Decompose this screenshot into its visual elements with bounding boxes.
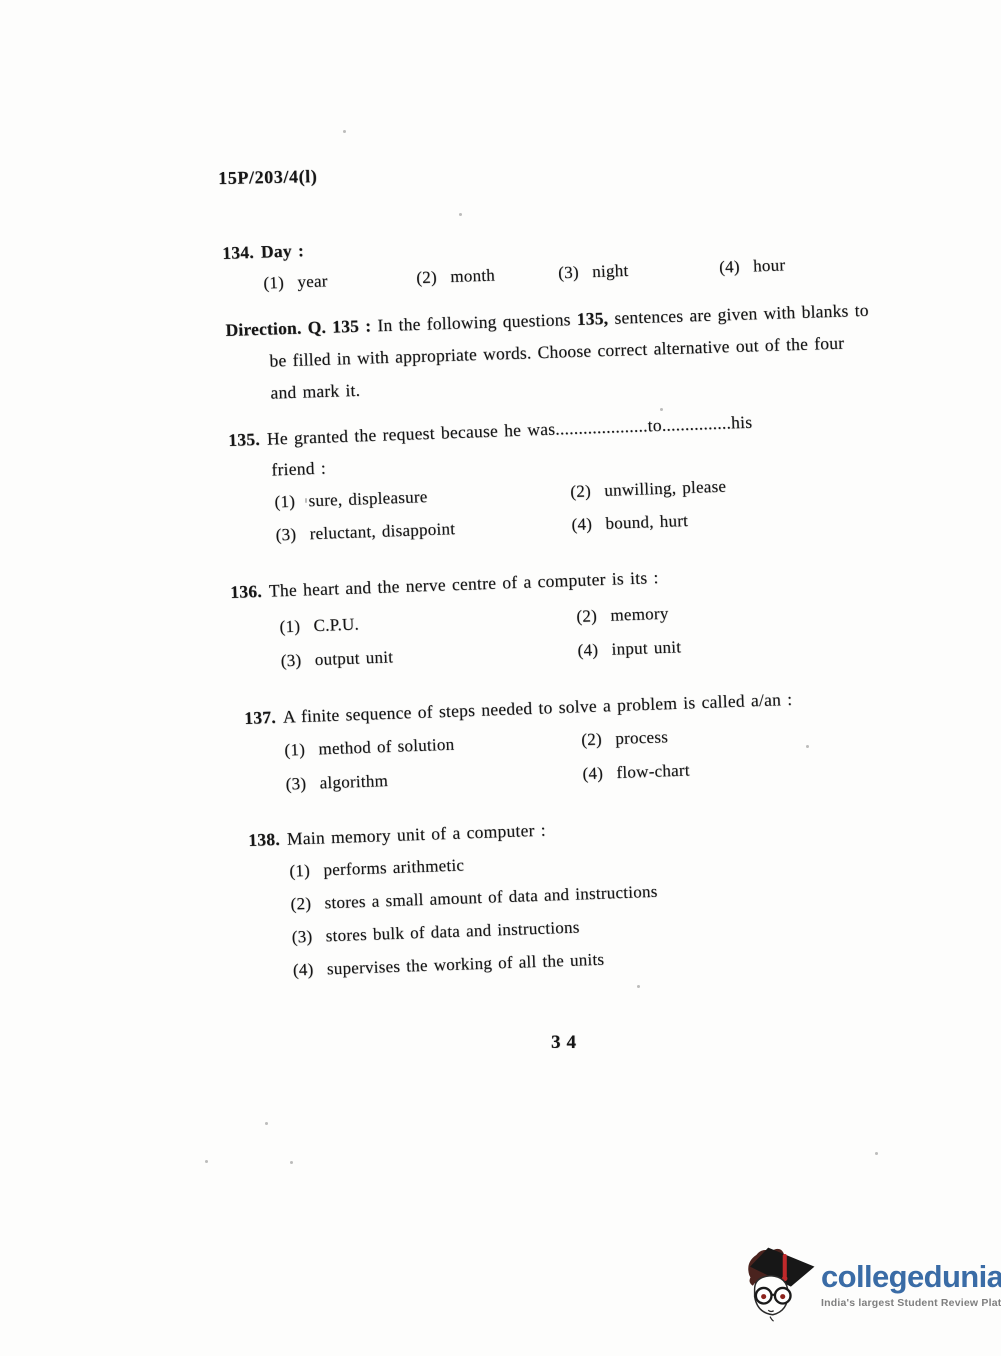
option-text: process xyxy=(615,727,668,748)
option-text: method of solution xyxy=(318,735,455,759)
question-137-option-1[interactable]: (1)method of solution xyxy=(284,735,455,761)
option-label: (1) xyxy=(284,739,319,760)
question-136: 136.The heart and the nerve centre of a … xyxy=(230,557,953,692)
option-text: performs arithmetic xyxy=(323,855,464,879)
scan-speck xyxy=(343,130,346,133)
option-text: C.P.U. xyxy=(313,615,359,636)
question-137-stem: A finite sequence of steps needed to sol… xyxy=(283,689,793,727)
question-134-stem: Day : xyxy=(261,240,305,261)
collegedunia-logo[interactable]: collegedunia .com India's largest Studen… xyxy=(742,1244,1001,1322)
question-136-option-4[interactable]: (4)input unit xyxy=(577,637,681,661)
question-134-option-4[interactable]: (4)hour xyxy=(719,255,786,277)
question-135-option-1[interactable]: (1)sure, displeasure xyxy=(274,487,428,512)
option-text: year xyxy=(297,271,328,291)
option-label: (4) xyxy=(577,640,612,661)
question-137-option-4[interactable]: (4)flow-chart xyxy=(582,760,690,784)
question-138-number: 138. xyxy=(248,829,280,850)
question-135-number: 135. xyxy=(228,429,260,450)
question-134-number: 134. xyxy=(222,242,254,263)
question-137-number: 137. xyxy=(244,707,276,728)
option-text: flow-chart xyxy=(616,760,690,782)
option-label: (2) xyxy=(570,481,605,502)
question-135-text: 135.He granted the request because he wa… xyxy=(228,412,753,451)
direction-label: Direction. Q. 135 : xyxy=(225,315,371,340)
question-135-stem-line2: friend : xyxy=(271,458,326,481)
scan-speck xyxy=(660,408,663,411)
question-136-stem: The heart and the nerve centre of a comp… xyxy=(269,567,659,601)
question-138-text: 138.Main memory unit of a computer : xyxy=(248,820,546,851)
question-137-option-2[interactable]: (2)process xyxy=(581,727,668,750)
page-number: 34 xyxy=(551,1032,582,1054)
question-136-option-3[interactable]: (3)output unit xyxy=(280,647,393,671)
option-text: algorithm xyxy=(319,771,388,792)
question-138-option-4[interactable]: (4)supervises the working of all the uni… xyxy=(293,950,605,981)
direction-bold-number: 135, xyxy=(576,308,608,329)
question-137: 137.A finite sequence of steps needed to… xyxy=(244,683,967,818)
brand-tagline: India's largest Student Review Platform xyxy=(821,1297,1001,1309)
option-label: (2) xyxy=(576,606,611,627)
option-label: (4) xyxy=(293,959,328,980)
option-label: (2) xyxy=(290,893,325,914)
collegedunia-mascot-icon xyxy=(742,1244,818,1322)
question-134-option-2[interactable]: (2)month xyxy=(416,265,495,288)
scan-speck xyxy=(290,1161,293,1164)
question-135: 135.He granted the request because he wa… xyxy=(228,405,952,560)
option-text: stores bulk of data and instructions xyxy=(325,917,580,945)
question-138-option-2[interactable]: (2)stores a small amount of data and ins… xyxy=(290,882,658,915)
option-label: (3) xyxy=(291,926,326,947)
option-label: (2) xyxy=(581,729,616,750)
question-134-text: 134.Day : xyxy=(222,240,304,264)
logo-text: collegedunia .com India's largest Studen… xyxy=(821,1261,1001,1309)
option-text: hour xyxy=(753,255,786,275)
scanned-exam-page: 15P/203/4(l) 134.Day : (1)year (2)month … xyxy=(0,0,1001,1356)
option-label: (3) xyxy=(275,524,310,545)
option-text: sure, displeasure xyxy=(308,487,428,510)
direction-text-pre: In the following questions xyxy=(377,309,571,335)
option-text: reluctant, disappoint xyxy=(309,519,455,543)
question-136-option-1[interactable]: (1)C.P.U. xyxy=(279,615,359,638)
option-text: input unit xyxy=(611,637,681,658)
option-text: month xyxy=(450,265,495,286)
option-label: (1) xyxy=(274,491,309,512)
option-label: (3) xyxy=(280,650,315,671)
scan-speck xyxy=(459,213,462,216)
option-label: (3) xyxy=(558,262,593,283)
option-label: (1) xyxy=(279,616,314,637)
question-136-number: 136. xyxy=(230,581,262,602)
direction-note: Direction. Q. 135 : In the following que… xyxy=(225,294,876,410)
option-label: (4) xyxy=(571,514,606,535)
option-label: (2) xyxy=(416,267,451,288)
option-text: stores a small amount of data and instru… xyxy=(324,882,658,913)
option-text: unwilling, please xyxy=(604,477,726,500)
question-136-text: 136.The heart and the nerve centre of a … xyxy=(230,567,659,603)
option-text: supervises the working of all the units xyxy=(327,950,605,979)
scan-speck xyxy=(806,745,809,748)
option-label: (3) xyxy=(285,773,320,794)
direction-paragraph: Direction. Q. 135 : In the following que… xyxy=(225,294,876,410)
question-134-option-1[interactable]: (1)year xyxy=(263,271,328,293)
brand-row: collegedunia .com xyxy=(821,1261,1001,1292)
option-text: memory xyxy=(610,604,669,625)
question-135-option-2[interactable]: (2)unwilling, please xyxy=(570,477,727,502)
question-138: 138.Main memory unit of a computer : (1)… xyxy=(248,805,973,1000)
scan-speck xyxy=(265,1122,268,1125)
brand-name: collegedunia xyxy=(821,1261,1001,1292)
scan-speck xyxy=(875,1152,878,1155)
option-label: (4) xyxy=(719,256,754,277)
question-134-option-3[interactable]: (3)night xyxy=(558,261,629,283)
question-138-stem: Main memory unit of a computer : xyxy=(287,820,547,849)
question-138-option-1[interactable]: (1)performs arithmetic xyxy=(289,855,464,881)
option-label: (4) xyxy=(582,763,617,784)
option-text: night xyxy=(592,261,629,281)
question-135-stem-line1: He granted the request because he was...… xyxy=(267,412,753,449)
question-135-option-4[interactable]: (4)bound, hurt xyxy=(571,511,688,535)
paper-code: 15P/203/4(l) xyxy=(218,166,318,189)
option-text: bound, hurt xyxy=(605,511,688,533)
scan-speck xyxy=(205,1160,208,1163)
option-text: output unit xyxy=(314,647,393,669)
question-136-option-2[interactable]: (2)memory xyxy=(576,604,669,627)
scan-speck xyxy=(305,498,307,503)
question-138-option-3[interactable]: (3)stores bulk of data and instructions xyxy=(291,917,580,947)
question-135-option-3[interactable]: (3)reluctant, disappoint xyxy=(275,519,455,545)
option-label: (1) xyxy=(263,272,298,293)
option-label: (1) xyxy=(289,860,324,881)
question-137-option-3[interactable]: (3)algorithm xyxy=(285,771,388,795)
question-137-text: 137.A finite sequence of steps needed to… xyxy=(244,689,793,729)
scan-speck xyxy=(637,985,640,988)
